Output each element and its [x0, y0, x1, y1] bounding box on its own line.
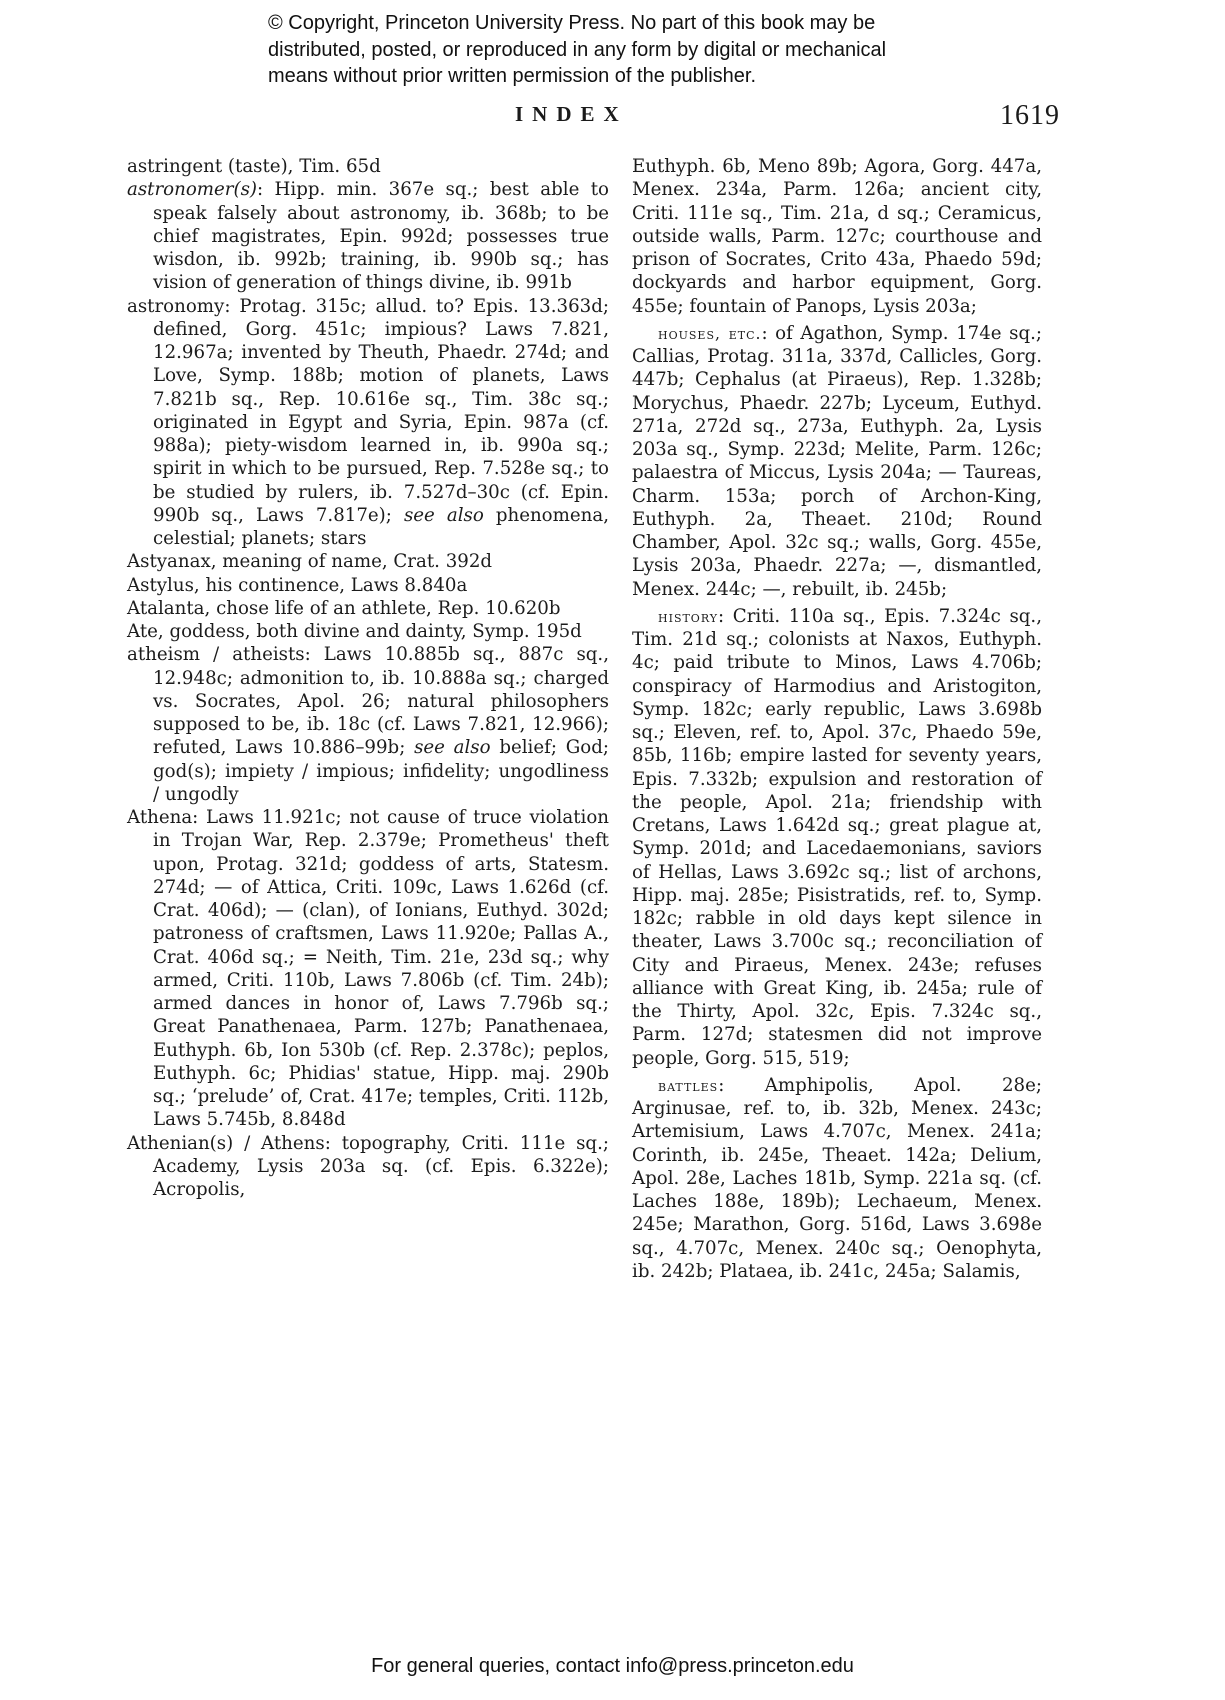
index-entry: Ate, goddess, both divine and dainty, Sy… — [127, 620, 609, 643]
index-entry: astronomy: Protag. 315c; allud. to? Epis… — [127, 295, 609, 551]
entry-text: (taste), Tim. 65d — [222, 156, 381, 177]
entry-head: Atalanta — [127, 598, 205, 619]
copyright-notice: © Copyright, Princeton University Press.… — [268, 10, 988, 90]
page-number: 1619 — [1000, 100, 1060, 132]
entry-text: : Criti. 110a sq., Epis. 7.324c sq., Tim… — [632, 606, 1042, 1069]
entry-head: atheism / atheists — [127, 644, 305, 665]
index-entry: Astyanax, meaning of name, Crat. 392d — [127, 550, 609, 573]
copyright-line: © Copyright, Princeton University Press.… — [268, 10, 988, 37]
running-head: INDEX 1619 — [0, 100, 1225, 136]
index-entry: astringent (taste), Tim. 65d — [127, 155, 609, 178]
entry-head: Athena — [127, 807, 192, 828]
entry-text: : Amphipolis, Apol. 28e; Arginusae, ref.… — [632, 1075, 1042, 1282]
entry-text: : Laws 11.921c; not cause of truce viola… — [153, 807, 609, 1130]
entry-text: : of Agathon, Symp. 174e sq.; Callias, P… — [632, 323, 1042, 600]
subentry-label: battles — [658, 1076, 718, 1095]
entry-text: , chose life of an athlete, Rep. 10.620b — [205, 598, 561, 619]
running-title: INDEX — [515, 102, 628, 127]
see-also-label: see also — [414, 737, 491, 758]
index-subentry: houses, etc.: of Agathon, Symp. 174e sq.… — [632, 322, 1042, 601]
entry-head: Athenian(s) / Athens — [127, 1133, 325, 1154]
entry-text: , his continence, Laws 8.840a — [194, 575, 467, 596]
footer-contact: For general queries, contact info@press.… — [0, 1655, 1225, 1678]
copyright-line: means without prior written permission o… — [268, 63, 988, 90]
entry-text: , goddess, both divine and dainty, Symp.… — [158, 621, 582, 642]
index-entry: astronomer(s): Hipp. min. 367e sq.; best… — [127, 178, 609, 294]
index-column-right: Euthyph. 6b, Meno 89b; Agora, Gorg. 447a… — [632, 155, 1042, 1283]
entry-text: , meaning of name, Crat. 392d — [211, 551, 492, 572]
subentry-label: history — [658, 607, 718, 626]
index-continuation: Euthyph. 6b, Meno 89b; Agora, Gorg. 447a… — [632, 155, 1042, 318]
index-column-left: astringent (taste), Tim. 65d astronomer(… — [127, 155, 609, 1201]
index-entry: Athena: Laws 11.921c; not cause of truce… — [127, 806, 609, 1132]
entry-head: astronomy — [127, 296, 224, 317]
index-entry: Astylus, his continence, Laws 8.840a — [127, 574, 609, 597]
entry-head: Ate — [127, 621, 158, 642]
index-subentry: history: Criti. 110a sq., Epis. 7.324c s… — [632, 605, 1042, 1070]
subentry-label: houses, etc. — [658, 324, 761, 343]
index-entry: Atalanta, chose life of an athlete, Rep.… — [127, 597, 609, 620]
copyright-line: distributed, posted, or reproduced in an… — [268, 37, 988, 64]
entry-head: Astylus — [127, 575, 194, 596]
entry-head: Astyanax — [127, 551, 211, 572]
entry-head: astringent — [127, 156, 222, 177]
see-also-label: see also — [404, 505, 484, 526]
entry-text: Euthyph. 6b, Meno 89b; Agora, Gorg. 447a… — [632, 156, 1042, 317]
index-entry: Athenian(s) / Athens: topography, Criti.… — [127, 1132, 609, 1202]
index-entry: atheism / atheists: Laws 10.885b sq., 88… — [127, 643, 609, 806]
entry-text: : Protag. 315c; allud. to? Epis. 13.363d… — [153, 296, 609, 526]
index-subentry: battles: Amphipolis, Apol. 28e; Arginusa… — [632, 1074, 1042, 1283]
entry-head: astronomer(s) — [127, 179, 257, 200]
